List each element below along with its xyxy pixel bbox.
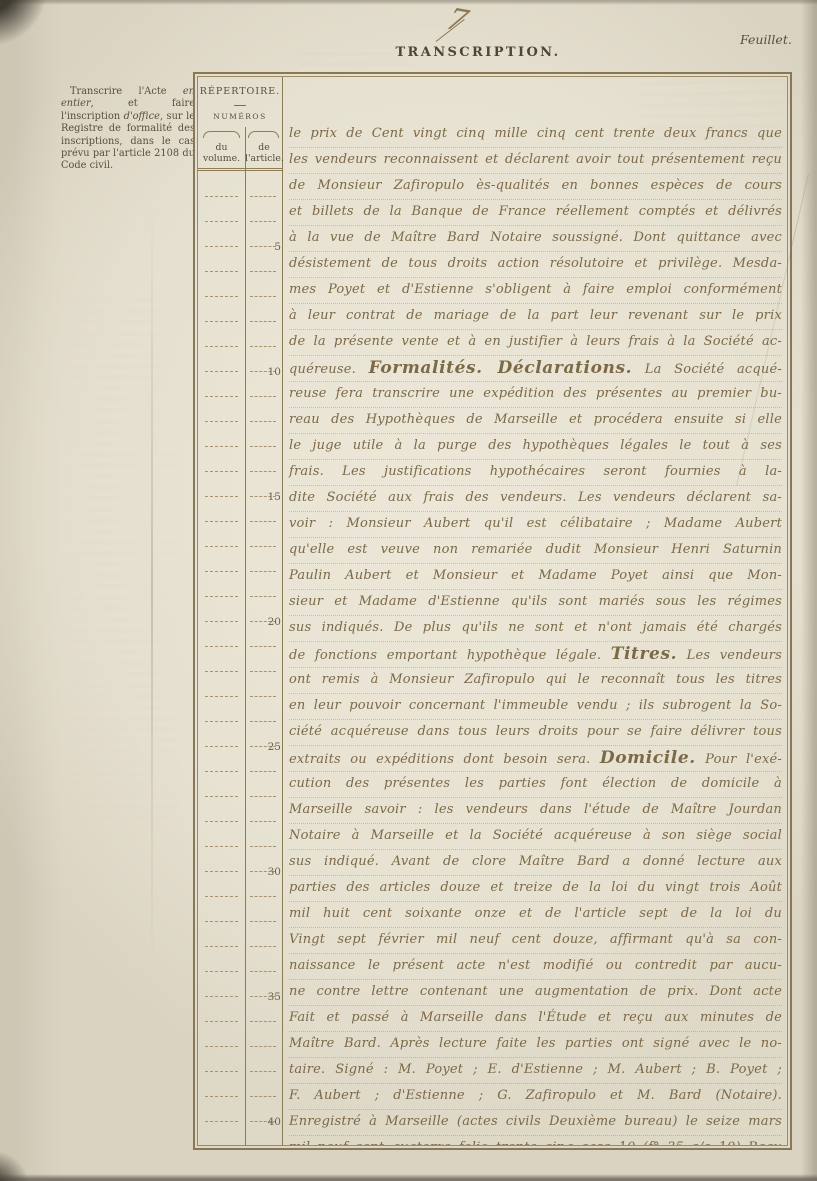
manuscript-line: de la présente vente et à en justifier à…	[289, 330, 782, 356]
manuscript-line: quéreuse. Formalités. Déclarations. La S…	[289, 356, 782, 382]
manuscript-line: Fait et passé à Marseille dans l'Étude e…	[289, 1006, 782, 1032]
manuscript-line: F. Aubert ; d'Estienne ; G. Zafiropulo e…	[289, 1084, 782, 1110]
ruled-row	[198, 822, 282, 847]
show-through-left-margin	[68, 300, 180, 820]
manuscript-line: à leur contrat de mariage de la part leu…	[289, 304, 782, 330]
manuscript-line: de Monsieur Zafiropulo ès-qualités en bo…	[289, 174, 782, 200]
brace-icon	[203, 131, 240, 138]
ruled-row: 15	[198, 472, 282, 497]
ruled-row	[198, 447, 282, 472]
ruled-row	[198, 297, 282, 322]
paper-crease-vertical	[151, 200, 153, 980]
ruled-row	[198, 422, 282, 447]
transcription-table: RÉPERTOIRE. NUMÉROS du volume. de l'arti…	[193, 72, 792, 1150]
line-number: 40	[268, 1116, 281, 1128]
ruled-row: 30	[198, 847, 282, 872]
ruled-row: 5	[198, 222, 282, 247]
ruled-row	[198, 522, 282, 547]
manuscript-line: sieur et Madame d'Estienne qu'ils sont m…	[289, 590, 782, 616]
folio-number-handwritten: 7	[441, 5, 471, 37]
ruled-row	[198, 372, 282, 397]
ruled-row	[198, 797, 282, 822]
header-dash-rule	[234, 105, 246, 106]
manuscript-line: Vingt sept février mil neuf cent douze, …	[289, 928, 782, 954]
manuscript-line: extraits ou expéditions dont besoin sera…	[289, 746, 782, 772]
ruled-row	[198, 747, 282, 772]
manuscript-line: mil huit cent soixante onze et de l'arti…	[289, 902, 782, 928]
manuscript-line: mes Poyet et d'Estienne s'obligent à fai…	[289, 278, 782, 304]
ruled-row	[198, 572, 282, 597]
ruled-row	[198, 1072, 282, 1097]
header-double-rule	[198, 168, 282, 171]
manuscript-line: les vendeurs reconnaissent et déclarent …	[289, 148, 782, 174]
ruled-row	[198, 672, 282, 697]
ruled-row	[198, 497, 282, 522]
manuscript-line: naissance le présent acte n'est modifié …	[289, 954, 782, 980]
brace-icon	[248, 131, 279, 138]
ruled-row	[198, 272, 282, 297]
ruled-row: 35	[198, 972, 282, 997]
numbers-rows: 510152025303540	[198, 172, 282, 1122]
manuscript-line: Marseille savoir : les vendeurs dans l'é…	[289, 798, 782, 824]
ruled-row	[198, 772, 282, 797]
ruled-row: 25	[198, 722, 282, 747]
manuscript-line: en leur pouvoir concernant l'immeuble ve…	[289, 694, 782, 720]
manuscript-line: reuse fera transcrire une expédition des…	[289, 382, 782, 408]
ruled-row: 40	[198, 1097, 282, 1122]
manuscript-line: de fonctions emportant hypothèque légale…	[289, 642, 782, 668]
ruled-row	[198, 947, 282, 972]
ruled-row	[198, 397, 282, 422]
repertoire-header: RÉPERTOIRE. NUMÉROS du volume. de l'arti…	[198, 77, 282, 172]
ruled-row	[198, 872, 282, 897]
manuscript-line: Enregistré à Marseille (actes civils Deu…	[289, 1110, 782, 1136]
manuscript-line: voir : Monsieur Aubert qu'il est célibat…	[289, 512, 782, 538]
manuscript-line: taire. Signé : M. Poyet ; E. d'Estienne …	[289, 1058, 782, 1084]
ruled-row	[198, 647, 282, 672]
manuscript-line: sus indiqué. Avant de clore Maître Bard …	[289, 850, 782, 876]
ruled-row	[198, 547, 282, 572]
manuscript-line: qu'elle est veuve non remariée dudit Mon…	[289, 538, 782, 564]
ruled-row: 20	[198, 597, 282, 622]
ruled-row	[198, 322, 282, 347]
manuscript-line: mil neuf cent quatorze folio trente cinq…	[289, 1136, 782, 1145]
manuscript-lines: le prix de Cent vingt cinq mille cinq ce…	[283, 77, 787, 1145]
column-header-article: de l'article.	[245, 142, 283, 164]
manuscript-line: le juge utile à la purge des hypothèques…	[289, 434, 782, 460]
ruled-row	[198, 172, 282, 197]
manuscript-line: à la vue de Maître Bard Notaire soussign…	[289, 226, 782, 252]
ruled-row	[198, 197, 282, 222]
manuscript-line: Maître Bard. Après lecture faite les par…	[289, 1032, 782, 1058]
manuscript-line: reau des Hypothèques de Marseille et pro…	[289, 408, 782, 434]
manuscript-line: ont remis à Monsieur Zafiropulo qui le r…	[289, 668, 782, 694]
manuscript-line: désistement de tous droits action résolu…	[289, 252, 782, 278]
ruled-row	[198, 247, 282, 272]
ruled-row	[198, 622, 282, 647]
repertoire-numbers-panel: RÉPERTOIRE. NUMÉROS du volume. de l'arti…	[198, 77, 283, 1145]
page-title: TRANSCRIPTION.	[395, 45, 560, 60]
repertoire-label: RÉPERTOIRE.	[198, 86, 282, 97]
feuillet-label: Feuillet.	[740, 32, 792, 47]
manuscript-line: cution des présentes les parties font él…	[289, 772, 782, 798]
ruled-row	[198, 922, 282, 947]
ruled-row	[198, 897, 282, 922]
manuscript-line: ne contre lettre contenant une augmentat…	[289, 980, 782, 1006]
manuscript-line: ciété acquéreuse dans tous leurs droits …	[289, 720, 782, 746]
margin-note-text: Transcrire l'Acte en entier, et faire l'…	[61, 86, 195, 173]
numeros-label: NUMÉROS	[198, 112, 282, 121]
ruled-row	[198, 1047, 282, 1072]
manuscript-line: parties des articles douze et treize de …	[289, 876, 782, 902]
manuscript-line: le prix de Cent vingt cinq mille cinq ce…	[289, 122, 782, 148]
ruled-row: 10	[198, 347, 282, 372]
ruled-row	[198, 997, 282, 1022]
manuscript-line: dite Société aux frais des vendeurs. Les…	[289, 486, 782, 512]
manuscript-line: sus indiqués. De plus qu'ils ne sont et …	[289, 616, 782, 642]
column-header-volume: du volume.	[198, 142, 245, 164]
register-page-scan: 7 TRANSCRIPTION. Feuillet. Transcrire l'…	[0, 0, 817, 1181]
manuscript-line: frais. Les justifications hypothécaires …	[289, 460, 782, 486]
ruled-row	[198, 1022, 282, 1047]
manuscript-line: Notaire à Marseille et la Société acquér…	[289, 824, 782, 850]
table-inner: RÉPERTOIRE. NUMÉROS du volume. de l'arti…	[198, 77, 787, 1145]
ruled-row	[198, 697, 282, 722]
manuscript-line: et billets de la Banque de France réelle…	[289, 200, 782, 226]
manuscript-line: Paulin Aubert et Monsieur et Madame Poye…	[289, 564, 782, 590]
